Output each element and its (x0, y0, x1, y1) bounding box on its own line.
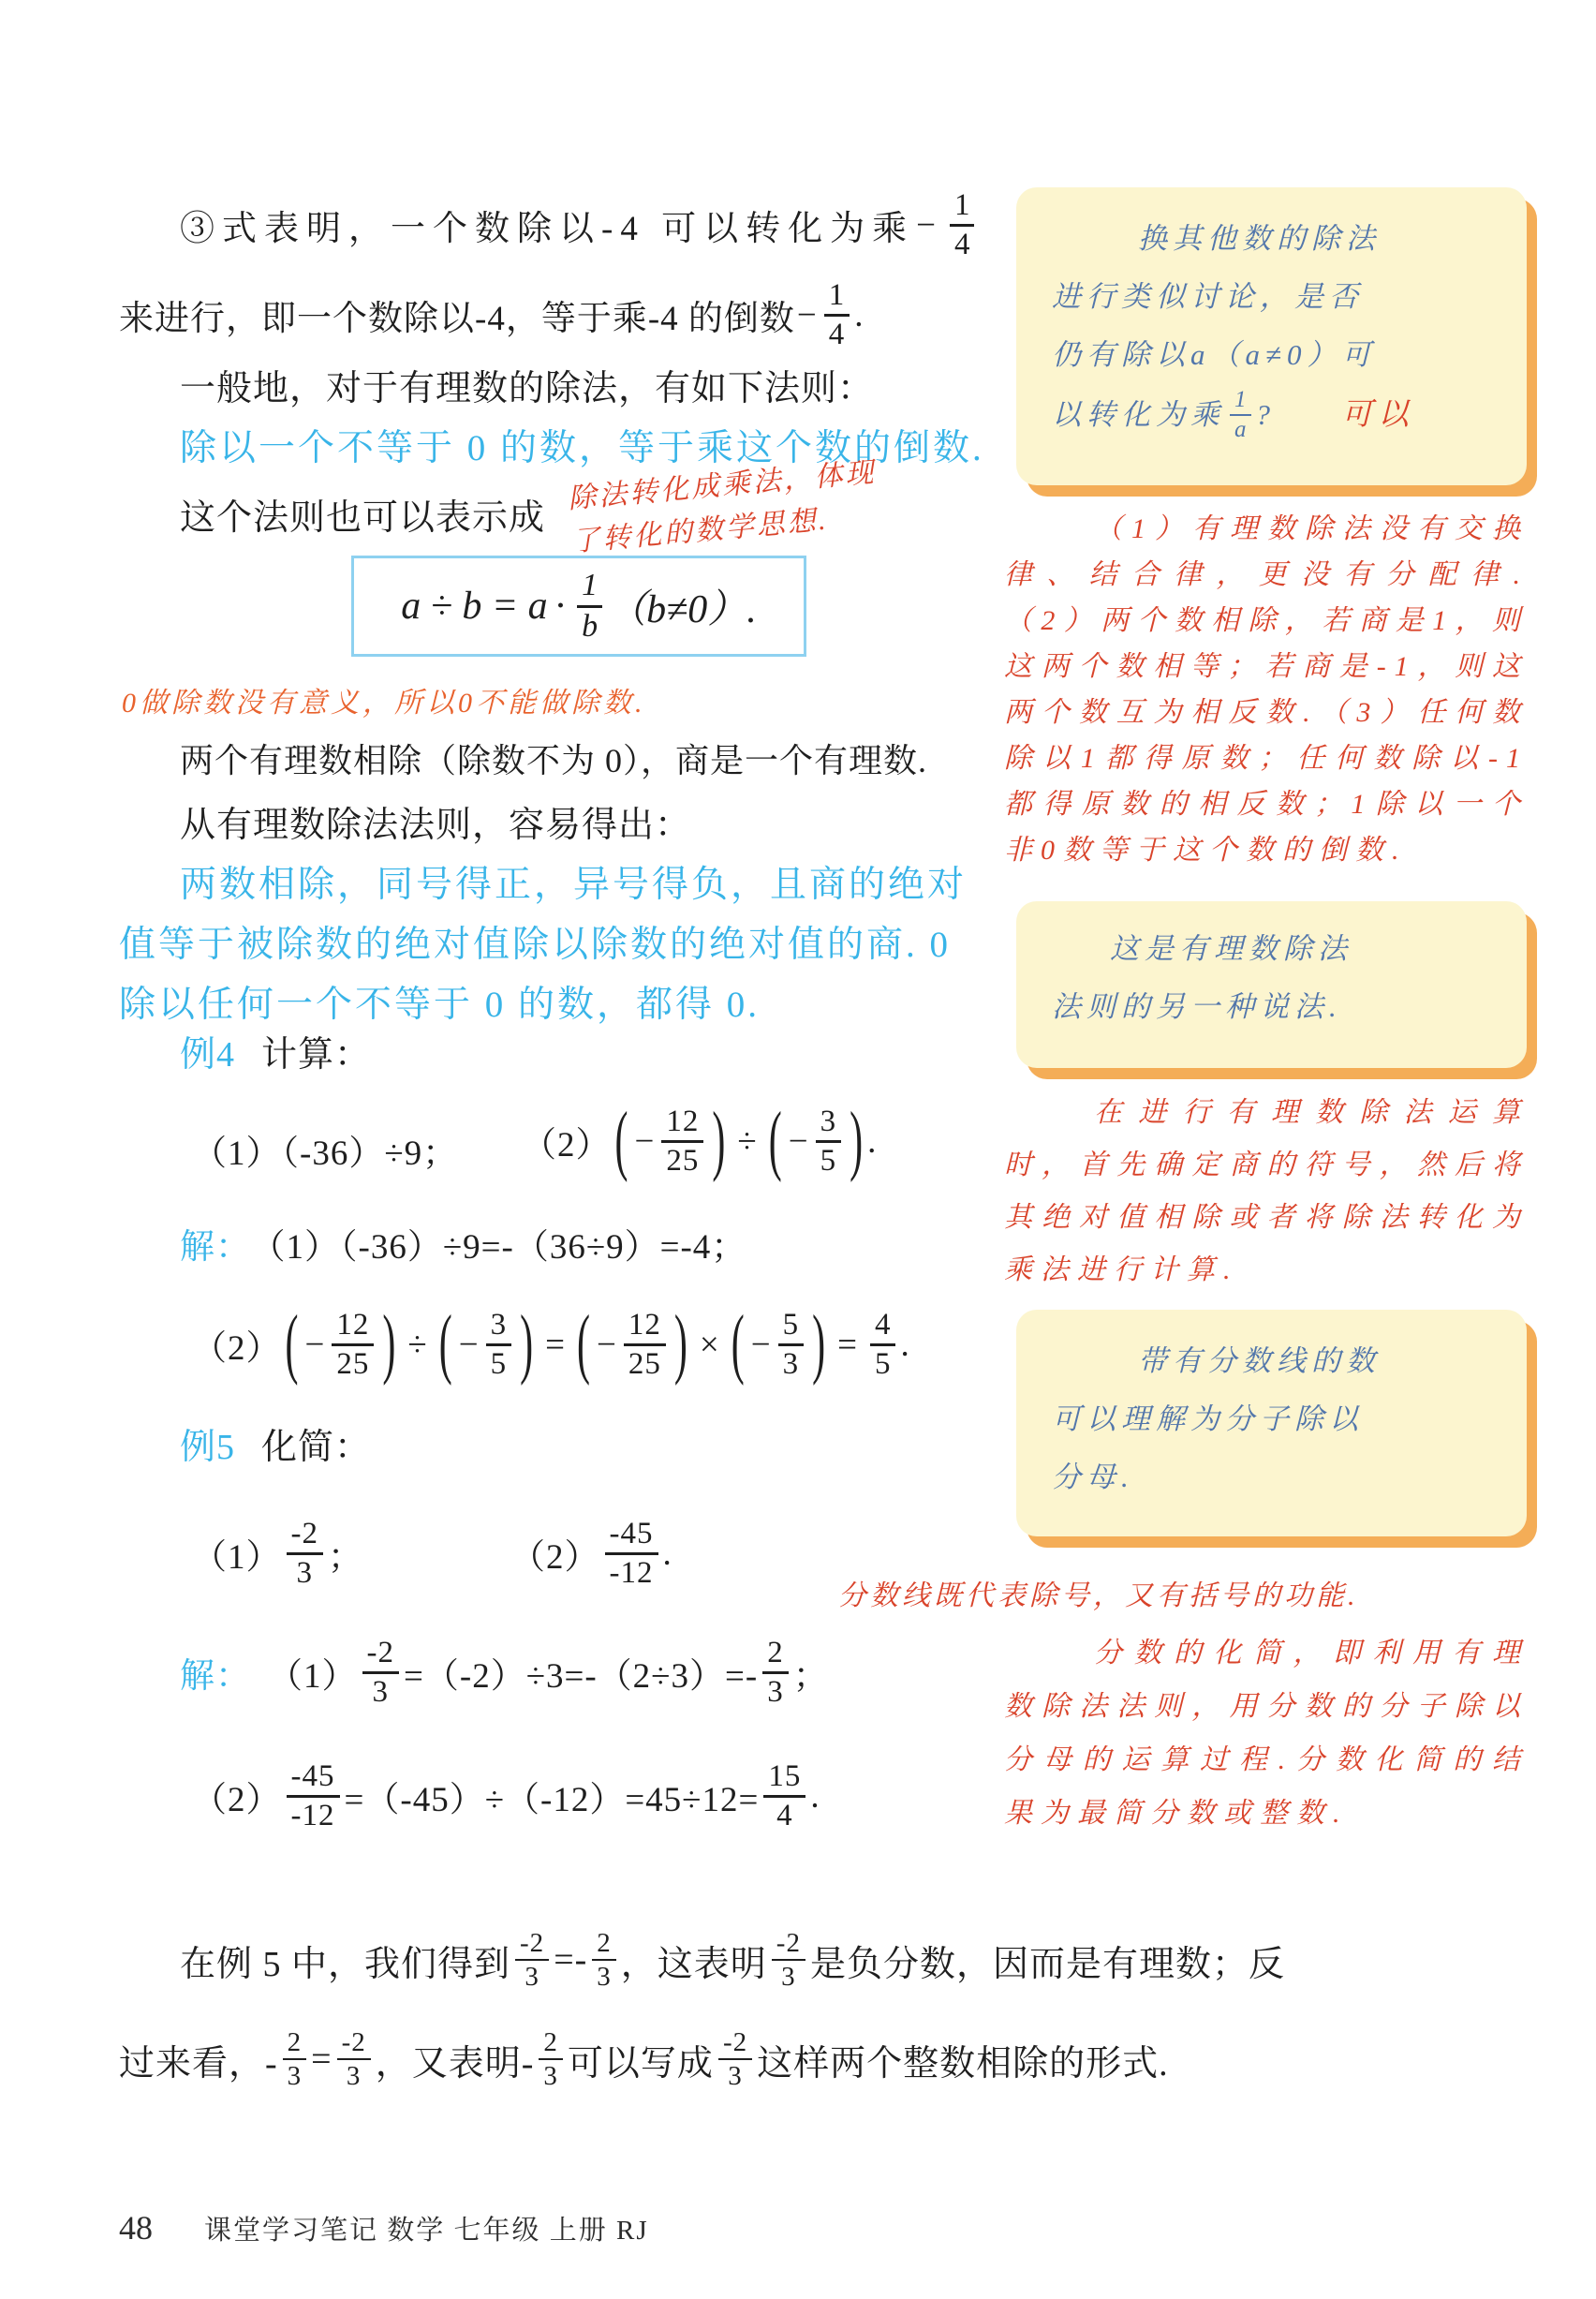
paragraph-3: 一般地，对于有理数的除法，有如下法则： (180, 359, 874, 410)
paragraph-1: ③式表明，一个数除以-4 可以转化为乘−14 (180, 176, 979, 274)
example-5-task: 化简： (261, 1428, 371, 1467)
paragraph-2: 来进行，即一个数除以-4，等于乘-4 的倒数−14. (119, 268, 864, 362)
fraction-numerator: 12 (661, 1105, 703, 1143)
item-number: （2） (510, 1528, 600, 1579)
example-5-heading: 例5化简： (180, 1417, 371, 1469)
solution-label: 解： (180, 1647, 251, 1698)
fraction-denominator: -12 (287, 1798, 340, 1833)
big-paren-right: ) (812, 1305, 826, 1384)
fraction: 23 (762, 1636, 789, 1710)
fraction: -23 (718, 2027, 752, 2092)
fraction-numerator: -2 (362, 1636, 400, 1674)
fraction-denominator: 3 (778, 1346, 805, 1382)
fraction-numerator: -2 (515, 1928, 549, 1961)
example-4-solution-2: （2） (−1225) ÷ (−35) = (−1225) × (−53) = … (192, 1299, 910, 1389)
fraction-denominator: 4 (824, 317, 850, 352)
note-3-line2: 可以理解为分子除以 (1016, 1390, 1527, 1448)
fraction-numerator: -45 (287, 1759, 340, 1798)
semicolon: ； (328, 1528, 363, 1579)
big-paren-right: ) (712, 1102, 726, 1180)
fraction-denominator: 3 (539, 2060, 563, 2091)
fraction-numerator: 12 (624, 1308, 666, 1346)
period: . (867, 1121, 877, 1162)
fraction: 1225 (624, 1308, 666, 1382)
example-5-solution-1: 解： （1） -23 =（-2）÷3=-（2÷3）=- 23 ； (180, 1624, 829, 1721)
fraction-numerator: -45 (605, 1517, 658, 1555)
fraction: 1a (1230, 387, 1251, 443)
big-paren-left: ( (439, 1305, 453, 1384)
handwritten-note-division-properties: （1）有理数除法没有交换律、结合律，更没有分配律.（2）两个数相除，若商是1，则… (1004, 506, 1529, 873)
fraction-denominator: 4 (772, 1798, 798, 1833)
note-1-line3: 仍有除以a（a≠0）可 (1016, 326, 1527, 384)
fraction-denominator: 5 (870, 1346, 896, 1382)
fraction-numerator: 2 (762, 1636, 789, 1674)
times-operator: × (700, 1325, 720, 1365)
sticky-note-3: 带有分数线的数 可以理解为分子除以 分母. (1016, 1310, 1527, 1536)
fraction: -23 (772, 1928, 805, 1993)
example-4-question-2: （2） (−1225) ÷ (−35) . (522, 1096, 877, 1186)
item-number: （2） (522, 1116, 612, 1166)
fraction: -45-12 (287, 1759, 340, 1833)
text: 在例 5 中，我们得到 (180, 1935, 510, 1986)
minus-sign: − (635, 1121, 656, 1162)
fraction-numerator: 15 (763, 1759, 805, 1798)
solution-steps: =（-2）÷3=-（2÷3）=- (404, 1647, 758, 1698)
fraction-numerator: 5 (778, 1308, 805, 1346)
fraction: 35 (486, 1308, 512, 1382)
note-2-line1: 这是有理数除法 (1016, 920, 1527, 978)
note-1-line2: 进行类似讨论，是否 (1016, 268, 1527, 326)
fraction-numerator: 2 (592, 1928, 616, 1961)
sticky-note-2: 这是有理数除法 法则的另一种说法. (1016, 901, 1527, 1068)
paragraph-6: 从有理数除法法则，容易得出： (180, 795, 691, 847)
fraction-numerator: 3 (486, 1308, 512, 1346)
fraction: -23 (362, 1636, 400, 1710)
fraction-denominator: 4 (950, 227, 975, 262)
handwritten-note-zero-divisor: 0做除数没有意义，所以0不能做除数. (122, 682, 646, 725)
fraction-numerator: -2 (287, 1517, 324, 1555)
item-number: （1） (268, 1647, 358, 1698)
note-2-line2: 法则的另一种说法. (1016, 978, 1527, 1036)
text: 这样两个整数相除的形式. (757, 2034, 1169, 2085)
item-number: （1） (192, 1528, 282, 1579)
fraction-numerator: -2 (718, 2027, 752, 2060)
item-number: （2） (192, 1319, 282, 1370)
fraction-denominator: -12 (605, 1555, 658, 1591)
fraction: 53 (778, 1308, 805, 1382)
formula-lhs: a ÷ b = a (401, 584, 547, 629)
fraction-denominator: 3 (368, 1674, 394, 1710)
formula-condition: （b≠0）. (607, 578, 757, 634)
page-footer: 48课堂学习笔记 数学 七年级 上册 RJ (119, 2208, 649, 2247)
paragraph-5: 两个有理数相除（除数不为 0），商是一个有理数. (180, 734, 927, 782)
example-4-question-1: （1）（-36）÷9； (192, 1124, 458, 1175)
fraction: 45 (870, 1308, 896, 1382)
divide-operator: ÷ (737, 1121, 757, 1162)
text: =- (554, 1939, 587, 1980)
solution-1-text: （1）（-36）÷9=-（36÷9）=-4； (268, 1228, 746, 1267)
sticky-note-1: 换其他数的除法 进行类似讨论，是否 仍有除以a（a≠0）可 以转化为乘1a? 可… (1016, 187, 1527, 485)
text: = (311, 2039, 332, 2080)
quotient-sign-rule-line1: 两数相除，同号得正，异号得负，且商的绝对 (180, 855, 967, 908)
fraction-denominator: b (577, 608, 602, 645)
solution-label: 解： (180, 1228, 251, 1267)
fraction: -23 (515, 1928, 549, 1993)
minus-sign: − (916, 205, 943, 245)
division-formula-box: a ÷ b = a · 1b （b≠0）. (351, 556, 806, 657)
footer-text: 课堂学习笔记 数学 七年级 上册 RJ (204, 2216, 649, 2246)
big-paren-left: ( (577, 1305, 591, 1384)
big-paren-right: ) (850, 1102, 864, 1180)
fraction-numerator: -2 (337, 2027, 371, 2060)
handwritten-note-fraction-bar: 分数线既代表除号，又有括号的功能. (838, 1572, 1359, 1613)
minus-sign: − (751, 1325, 772, 1365)
handwritten-answer: 可以 (1341, 386, 1414, 444)
fraction-denominator: 25 (624, 1346, 666, 1382)
fraction-numerator: 12 (332, 1308, 374, 1346)
fraction-denominator: 3 (283, 2060, 307, 2091)
minus-sign: − (797, 295, 818, 335)
example-5-question-2: （2） -45-12 . (510, 1506, 672, 1600)
fraction: 1225 (661, 1105, 703, 1179)
big-paren-left: ( (731, 1305, 746, 1384)
big-paren-left: ( (286, 1305, 300, 1384)
example-4-solution-1: 解：（1）（-36）÷9=-（36÷9）=-4； (180, 1218, 746, 1268)
fraction: 23 (283, 2027, 307, 2092)
fraction-numerator: 1 (824, 278, 850, 317)
fraction-numerator: 3 (816, 1105, 842, 1143)
example-5-question-1: （1） -23 ； (192, 1506, 363, 1600)
minus-sign: − (459, 1325, 480, 1365)
paragraph-4: 这个法则也可以表示成 (180, 488, 545, 540)
fraction-denominator: 3 (592, 1961, 616, 1992)
paragraph-1-text: ③式表明，一个数除以-4 可以转化为乘 (180, 200, 914, 250)
fraction-numerator: 4 (870, 1308, 896, 1346)
fraction: 14 (950, 188, 975, 262)
fraction-denominator: 3 (762, 1674, 789, 1710)
fraction: -45-12 (605, 1517, 658, 1591)
fraction: -23 (337, 2027, 371, 2092)
fraction-numerator: 2 (283, 2027, 307, 2060)
minus-sign: − (305, 1325, 326, 1365)
equals-sign: = (545, 1325, 566, 1365)
big-paren-left: ( (615, 1102, 629, 1180)
fraction-denominator: 25 (332, 1346, 374, 1382)
example-5-label: 例5 (180, 1428, 235, 1467)
big-paren-right: ) (382, 1305, 396, 1384)
question-mark: ? (1256, 386, 1277, 444)
formula-fraction: 1b (577, 568, 602, 644)
paragraph-2-text: 来进行，即一个数除以-4，等于乘-4 的倒数 (119, 289, 795, 340)
closing-paragraph-line2: 过来看，- 23 = -23 ，又表明- 23 可以写成 -23 这样两个整数相… (119, 2012, 1169, 2106)
item-number: （2） (192, 1771, 282, 1821)
example-4-heading: 例4计算： (180, 1025, 371, 1076)
fraction-denominator: 3 (520, 1961, 544, 1992)
minus-sign: − (597, 1325, 617, 1365)
handwritten-note-simplify: 分数的化简，即利用有理数除法法则，用分数的分子除以分母的运算过程.分数化简的结果… (1004, 1626, 1529, 1840)
solution-steps: =（-45）÷（-12）=45÷12= (345, 1771, 760, 1821)
note-1-line4: 以转化为乘1a? 可以 (1016, 384, 1527, 446)
fraction: 23 (592, 1928, 616, 1993)
note-3-line3: 分母. (1016, 1448, 1527, 1506)
handwritten-note-sign-first: 在进行有理数除法运算时，首先确定商的符号，然后将其绝对值相除或者将除法转化为乘法… (1004, 1087, 1529, 1297)
note-1-line1: 换其他数的除法 (1016, 210, 1527, 268)
fraction-denominator: 3 (342, 2060, 366, 2091)
text: 可以写成 (568, 2034, 714, 2085)
dot-operator: · (555, 584, 566, 629)
fraction: 154 (763, 1759, 805, 1833)
closing-paragraph-line1: 在例 5 中，我们得到 -23 =- 23 ，这表明 -23 是负分数，因而是有… (180, 1913, 1285, 2007)
page-number: 48 (119, 2209, 153, 2247)
fraction-denominator: 5 (816, 1143, 842, 1179)
equals-sign: = (837, 1325, 858, 1365)
period: . (663, 1534, 672, 1574)
fraction-numerator: 2 (539, 2027, 563, 2060)
text: ，又表明- (376, 2034, 535, 2085)
fraction-denominator: 3 (292, 1555, 318, 1591)
example-4-label: 例4 (180, 1035, 235, 1075)
fraction-denominator: 3 (776, 1961, 801, 1992)
big-paren-right: ) (520, 1305, 534, 1384)
fraction: -23 (287, 1517, 324, 1591)
example-4-task: 计算： (261, 1035, 371, 1075)
text: 是负分数，因而是有理数；反 (810, 1935, 1285, 1986)
fraction-numerator: 1 (950, 188, 975, 227)
big-paren-right: ) (674, 1305, 688, 1384)
minus-sign: − (789, 1121, 809, 1162)
fraction: 1225 (332, 1308, 374, 1382)
fraction-denominator: 3 (723, 2060, 747, 2091)
period: . (900, 1325, 909, 1365)
semicolon: ； (793, 1647, 829, 1698)
fraction: 14 (824, 278, 850, 352)
fraction-denominator: 25 (661, 1143, 703, 1179)
note-1-line4-text: 以转化为乘 (1052, 386, 1225, 444)
example-5-solution-2: （2） -45-12 =（-45）÷（-12）=45÷12= 154 . (192, 1747, 820, 1845)
note-3-line1: 带有分数线的数 (1016, 1332, 1527, 1390)
quotient-sign-rule-line3: 除以任何一个不等于 0 的数，都得 0. (119, 975, 760, 1028)
fraction: 23 (539, 2027, 563, 2092)
paragraph-2-period: . (854, 295, 864, 335)
fraction-numerator: 1 (1230, 387, 1251, 416)
text: ，这表明 (621, 1935, 767, 1986)
fraction-denominator: a (1230, 416, 1251, 443)
textbook-page: ③式表明，一个数除以-4 可以转化为乘−14 来进行，即一个数除以-4，等于乘-… (0, 0, 1596, 2299)
big-paren-left: ( (769, 1102, 783, 1180)
divide-operator: ÷ (407, 1325, 427, 1365)
quotient-sign-rule-line2: 值等于被除数的绝对值除以除数的绝对值的商. 0 (119, 915, 951, 968)
fraction: 35 (816, 1105, 842, 1179)
period: . (810, 1776, 820, 1817)
fraction-numerator: -2 (772, 1928, 805, 1961)
text: 过来看，- (119, 2034, 278, 2085)
fraction-denominator: 5 (486, 1346, 512, 1382)
fraction-numerator: 1 (577, 568, 602, 607)
